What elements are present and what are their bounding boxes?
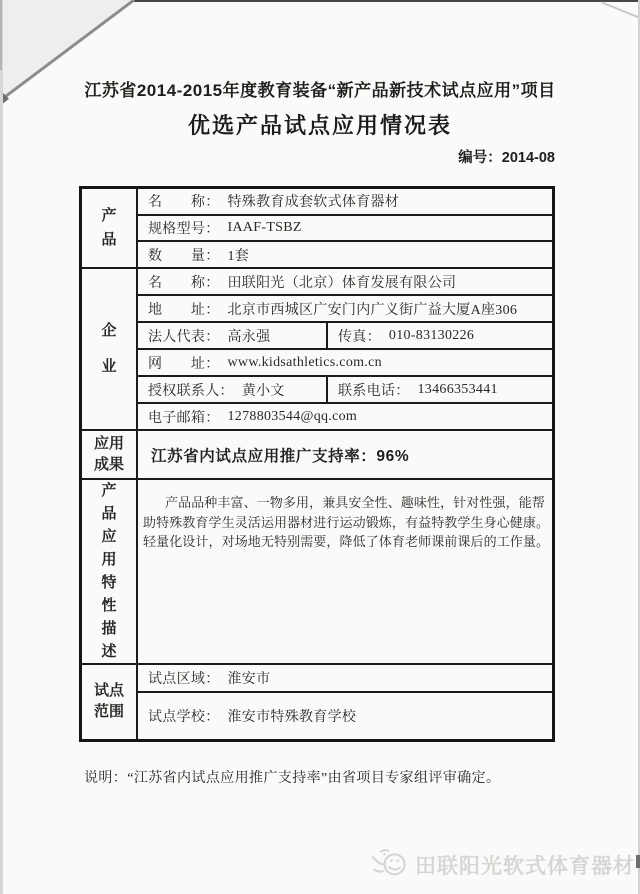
table-row-product-model: 规格型号： IAAF-TSBZ <box>138 216 552 243</box>
product-rows: 名 称： 特殊教育成套软式体育器材 规格型号： IAAF-TSBZ 数 量： 1… <box>138 189 552 267</box>
field-value: 特殊教育成套软式体育器材 <box>228 191 400 211</box>
field-value: 田联阳光（北京）体育发展有限公司 <box>228 272 457 292</box>
scan-top-edge-line <box>112 0 640 2</box>
table-row-website: 网 址： www.kidsathletics.com.cn <box>138 350 552 377</box>
document-title: 江苏省2014-2015年度教育装备“新产品新技术试点应用”项目 <box>0 76 640 101</box>
document-number-value: 2014-08 <box>502 150 555 166</box>
field-value: IAAF-TSBZ <box>228 220 302 236</box>
contact-person-cell: 授权联系人： 黄小文 <box>138 377 328 402</box>
field-label: 试点区域： <box>148 668 220 688</box>
field-value: 1278803544@qq.com <box>228 409 358 425</box>
pilot-rows: 试点区域： 淮安市 试点学校： 淮安市特殊教育学校 <box>138 665 552 739</box>
feature-description-paragraph: 产品品种丰富、一物多用，兼具安全性、趣味性，针对性强，能帮助特殊教育学生灵活运用… <box>138 480 552 663</box>
application-results-section: 应用成果 江苏省内试点应用推广支持率：96% <box>82 431 552 480</box>
brand-watermark-text: 田联阳光软式体育器材 <box>415 850 635 880</box>
field-value: 北京市西城区广安门内广义街广益大厦A座306 <box>228 299 518 319</box>
enterprise-group-label: 企业 <box>82 269 138 429</box>
field-value: 1套 <box>228 245 250 265</box>
table-row-company-name: 名 称： 田联阳光（北京）体育发展有限公司 <box>138 269 552 296</box>
pilot-scope-section: 试点范围 试点区域： 淮安市 试点学校： 淮安市特殊教育学校 <box>82 665 552 739</box>
table-row-product-name: 名 称： 特殊教育成套软式体育器材 <box>138 189 552 216</box>
scan-right-edge-mark <box>636 855 640 868</box>
features-group-label-text: 产品应用特性描述 <box>101 480 118 664</box>
field-label: 传真： <box>338 326 381 346</box>
pilot-group-label: 试点范围 <box>82 665 138 739</box>
table-row-contact-phone: 授权联系人： 黄小文 联系电话： 13466353441 <box>138 377 552 404</box>
scan-left-edge-dark <box>0 0 2 70</box>
feature-description-section: 产品应用特性描述 产品品种丰富、一物多用，兼具安全性、趣味性，针对性强，能帮助特… <box>82 480 552 665</box>
scan-top-right-crease <box>601 1 640 20</box>
scanned-document-page: 江苏省2014-2015年度教育装备“新产品新技术试点应用”项目 优选产品试点应… <box>0 0 640 894</box>
enterprise-group-label-text: 企业 <box>101 313 118 385</box>
kids-athletics-mascot-icon <box>370 846 410 884</box>
results-group-label-text: 应用成果 <box>92 434 126 476</box>
application-form-table: 产品 名 称： 特殊教育成套软式体育器材 规格型号： IAAF-TSBZ 数 量… <box>79 186 555 742</box>
legal-rep-cell: 法人代表： 高永强 <box>138 323 328 348</box>
field-label: 试点学校： <box>148 706 220 726</box>
field-label: 规格型号： <box>148 218 220 238</box>
pilot-group-label-text: 试点范围 <box>92 681 126 723</box>
fax-cell: 传真： 010-83130226 <box>328 323 552 348</box>
field-value: www.kidsathletics.com.cn <box>228 355 382 371</box>
document-number: 编号：2014-08 <box>458 146 555 167</box>
support-rate-statement: 江苏省内试点应用推广支持率：96% <box>138 431 552 478</box>
field-value: 黄小文 <box>242 380 285 400</box>
field-value: 淮安市 <box>228 668 271 688</box>
field-label: 法人代表： <box>148 326 220 346</box>
brand-watermark: 田联阳光软式体育器材 <box>370 846 635 884</box>
enterprise-rows: 名 称： 田联阳光（北京）体育发展有限公司 地 址： 北京市西城区广安门内广义街… <box>138 269 552 429</box>
table-row-product-quantity: 数 量： 1套 <box>138 242 552 267</box>
features-rows: 产品品种丰富、一物多用，兼具安全性、趣味性，针对性强，能帮助特殊教育学生灵活运用… <box>138 480 552 663</box>
product-group-label: 产品 <box>82 189 138 267</box>
phone-cell: 联系电话： 13466353441 <box>328 377 552 402</box>
field-value: 淮安市特殊教育学校 <box>228 706 357 726</box>
field-value: 高永强 <box>228 326 271 346</box>
table-row-pilot-school: 试点学校： 淮安市特殊教育学校 <box>138 693 552 739</box>
field-label: 联系电话： <box>338 380 410 400</box>
enterprise-section: 企业 名 称： 田联阳光（北京）体育发展有限公司 地 址： 北京市西城区广安门内… <box>82 269 552 431</box>
field-label: 网 址： <box>148 353 220 373</box>
document-number-label: 编号： <box>458 150 502 166</box>
table-row-pilot-region: 试点区域： 淮安市 <box>138 665 552 693</box>
document-subtitle: 优选产品试点应用情况表 <box>0 109 640 140</box>
field-value: 13466353441 <box>418 382 498 398</box>
product-group-label-text: 产品 <box>101 204 118 252</box>
field-label: 电子邮箱： <box>148 407 220 427</box>
field-label: 数 量： <box>148 245 220 265</box>
field-label: 名 称： <box>148 272 220 292</box>
table-row-email: 电子邮箱： 1278803544@qq.com <box>138 404 552 429</box>
results-rows: 江苏省内试点应用推广支持率：96% <box>138 431 552 478</box>
field-label: 授权联系人： <box>148 380 234 400</box>
product-section: 产品 名 称： 特殊教育成套软式体育器材 规格型号： IAAF-TSBZ 数 量… <box>82 189 552 269</box>
features-group-label: 产品应用特性描述 <box>82 480 138 663</box>
results-group-label: 应用成果 <box>82 431 138 478</box>
field-value: 010-83130226 <box>389 328 474 344</box>
table-row-legal-rep-fax: 法人代表： 高永强 传真： 010-83130226 <box>138 323 552 350</box>
field-label: 名 称： <box>148 191 220 211</box>
explanatory-note: 说明：“江苏省内试点应用推广支持率”由省项目专家组评审确定。 <box>84 767 500 787</box>
table-row-company-address: 地 址： 北京市西城区广安门内广义街广益大厦A座306 <box>138 296 552 323</box>
field-label: 地 址： <box>148 299 220 319</box>
